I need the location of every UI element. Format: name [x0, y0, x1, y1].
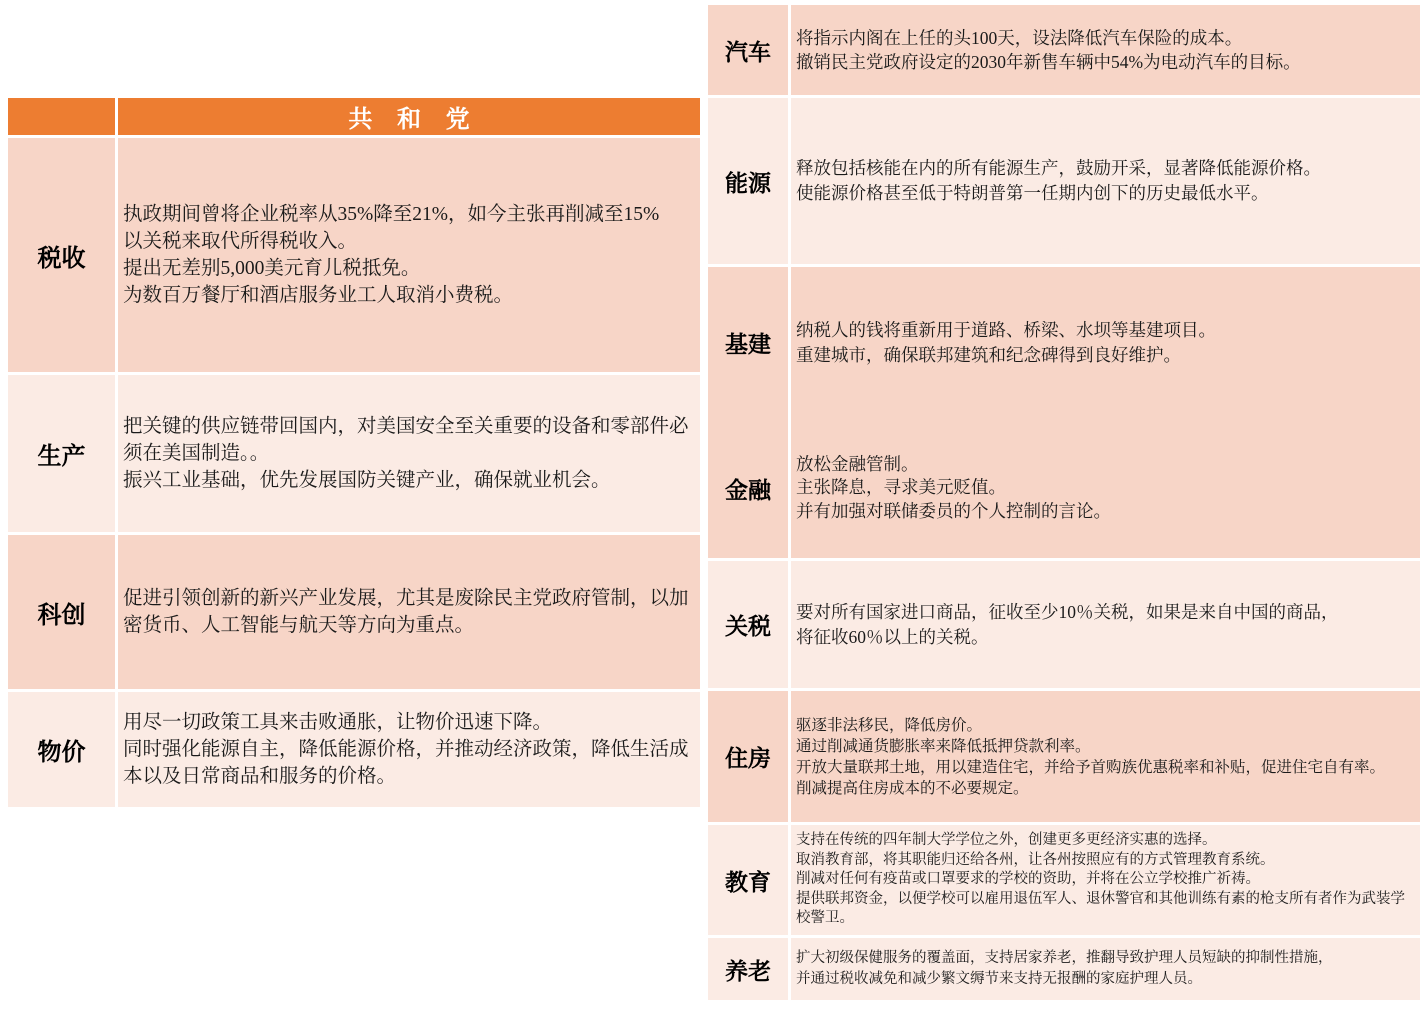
policy-text-line: 将征收60％以上的关税。	[796, 625, 1418, 650]
row-content: 执政期间曾将企业税率从35%降至21%，如今主张再削减至15%以关税来取代所得税…	[118, 138, 700, 372]
row-content: 把关键的供应链带回国内，对美国安全至关重要的设备和零部件必须在美国制造。。振兴工…	[118, 375, 700, 532]
policy-text-line: 开放大量联邦土地，用以建造住宅，并给予首购族优惠税率和补贴，促进住宅自有率。	[796, 757, 1418, 778]
republican-policy-comparison-page: 共 和 党 税收执政期间曾将企业税率从35%降至21%，如今主张再削减至15%以…	[0, 0, 1420, 1016]
policy-row: 生产把关键的供应链带回国内，对美国安全至关重要的设备和零部件必须在美国制造。。振…	[8, 375, 700, 532]
row-content: 要对所有国家进口商品，征收至少10％关税，如果是来自中国的商品，将征收60％以上…	[791, 561, 1420, 688]
row-content: 扩大初级保健服务的覆盖面，支持居家养老，推翻导致护理人员短缺的抑制性措施，并通过…	[791, 938, 1420, 1000]
row-label: 养老	[708, 938, 788, 1000]
policy-text-line: 为数百万餐厅和酒店服务业工人取消小费税。	[123, 282, 698, 309]
row-label: 基建	[708, 267, 788, 418]
policy-row: 汽车将指示内阁在上任的头100天，设法降低汽车保险的成本。撤销民主党政府设定的2…	[708, 5, 1420, 95]
policy-row: 养老扩大初级保健服务的覆盖面，支持居家养老，推翻导致护理人员短缺的抑制性措施，并…	[708, 938, 1420, 1000]
policy-text-line: 撤销民主党政府设定的2030年新售车辆中54%为电动汽车的目标。	[796, 50, 1418, 74]
left-table-body: 税收执政期间曾将企业税率从35%降至21%，如今主张再削减至15%以关税来取代所…	[8, 138, 700, 807]
policy-text-line: 削减提高住房成本的不必要规定。	[796, 778, 1418, 799]
policy-text-line: 提出无差别5,000美元育儿税抵免。	[123, 255, 698, 282]
policy-row: 科创促进引领创新的新兴产业发展，尤其是废除民主党政府管制，以加密货币、人工智能与…	[8, 535, 700, 689]
row-content: 释放包括核能在内的所有能源生产，鼓励开采，显著降低能源价格。使能源价格甚至低于特…	[791, 98, 1420, 264]
row-label: 汽车	[708, 5, 788, 95]
row-content: 支持在传统的四年制大学学位之外，创建更多更经济实惠的选择。取消教育部，将其职能归…	[791, 825, 1420, 935]
policy-row: 金融放松金融管制。主张降息，寻求美元贬值。并有加强对联储委员的个人控制的言论。	[708, 418, 1420, 558]
policy-row: 关税要对所有国家进口商品，征收至少10％关税，如果是来自中国的商品，将征收60％…	[708, 561, 1420, 688]
row-label: 教育	[708, 825, 788, 935]
policy-text-line: 促进引领创新的新兴产业发展，尤其是废除民主党政府管制，以加密货币、人工智能与航天…	[123, 585, 698, 639]
table-header-row: 共 和 党	[8, 98, 700, 135]
policy-text-line: 支持在传统的四年制大学学位之外，创建更多更经济实惠的选择。	[796, 831, 1418, 851]
row-label: 能源	[708, 98, 788, 264]
policy-row: 基建纳税人的钱将重新用于道路、桥梁、水坝等基建项目。重建城市，确保联邦建筑和纪念…	[708, 267, 1420, 418]
policy-text-line: 同时强化能源自主，降低能源价格，并推动经济政策，降低生活成本以及日常商品和服务的…	[123, 736, 698, 790]
policy-text-line: 削减对任何有疫苗或口罩要求的学校的资助，并将在公立学校推广祈祷。	[796, 870, 1418, 890]
row-label: 金融	[708, 418, 788, 558]
policy-row: 税收执政期间曾将企业税率从35%降至21%，如今主张再削减至15%以关税来取代所…	[8, 138, 700, 372]
policy-row: 能源释放包括核能在内的所有能源生产，鼓励开采，显著降低能源价格。使能源价格甚至低…	[708, 98, 1420, 264]
policy-text-line: 通过削减通货膨胀率来降低抵押贷款利率。	[796, 736, 1418, 757]
policy-text-line: 要对所有国家进口商品，征收至少10％关税，如果是来自中国的商品，	[796, 600, 1418, 625]
row-label: 生产	[8, 375, 115, 532]
policy-row: 物价用尽一切政策工具来击败通胀，让物价迅速下降。同时强化能源自主，降低能源价格，…	[8, 692, 700, 807]
row-label: 关税	[708, 561, 788, 688]
row-content: 放松金融管制。主张降息，寻求美元贬值。并有加强对联储委员的个人控制的言论。	[791, 418, 1420, 558]
policy-text-line: 释放包括核能在内的所有能源生产，鼓励开采，显著降低能源价格。	[796, 156, 1418, 181]
policy-text-line: 取消教育部，将其职能归还给各州，让各州按照应有的方式管理教育系统。	[796, 851, 1418, 871]
policy-text-line: 扩大初级保健服务的覆盖面，支持居家养老，推翻导致护理人员短缺的抑制性措施，	[796, 948, 1418, 969]
policy-text-line: 用尽一切政策工具来击败通胀，让物价迅速下降。	[123, 709, 698, 736]
row-content: 纳税人的钱将重新用于道路、桥梁、水坝等基建项目。重建城市，确保联邦建筑和纪念碑得…	[791, 267, 1420, 418]
policy-text-line: 使能源价格甚至低于特朗普第一任期内创下的历史最低水平。	[796, 181, 1418, 206]
row-content: 将指示内阁在上任的头100天，设法降低汽车保险的成本。撤销民主党政府设定的203…	[791, 5, 1420, 95]
republican-policy-table-right: 汽车将指示内阁在上任的头100天，设法降低汽车保险的成本。撤销民主党政府设定的2…	[708, 5, 1420, 1000]
row-label: 税收	[8, 138, 115, 372]
policy-text-line: 纳税人的钱将重新用于道路、桥梁、水坝等基建项目。	[796, 318, 1418, 343]
policy-text-line: 把关键的供应链带回国内，对美国安全至关重要的设备和零部件必须在美国制造。。	[123, 413, 698, 467]
policy-text-line: 将指示内阁在上任的头100天，设法降低汽车保险的成本。	[796, 26, 1418, 50]
party-title: 共 和 党	[118, 98, 700, 135]
row-content: 用尽一切政策工具来击败通胀，让物价迅速下降。同时强化能源自主，降低能源价格，并推…	[118, 692, 700, 807]
policy-text-line: 驱逐非法移民，降低房价。	[796, 715, 1418, 736]
row-label: 科创	[8, 535, 115, 689]
policy-text-line: 执政期间曾将企业税率从35%降至21%，如今主张再削减至15%	[123, 201, 698, 228]
header-corner-cell	[8, 98, 115, 135]
policy-text-line: 重建城市，确保联邦建筑和纪念碑得到良好维护。	[796, 343, 1418, 368]
policy-row: 住房驱逐非法移民，降低房价。通过削减通货膨胀率来降低抵押贷款利率。开放大量联邦土…	[708, 691, 1420, 822]
policy-text-line: 振兴工业基础，优先发展国防关键产业，确保就业机会。	[123, 467, 698, 494]
right-table-body: 汽车将指示内阁在上任的头100天，设法降低汽车保险的成本。撤销民主党政府设定的2…	[708, 5, 1420, 1000]
row-label: 住房	[708, 691, 788, 822]
policy-row: 教育支持在传统的四年制大学学位之外，创建更多更经济实惠的选择。取消教育部，将其职…	[708, 825, 1420, 935]
row-content: 驱逐非法移民，降低房价。通过削减通货膨胀率来降低抵押贷款利率。开放大量联邦土地，…	[791, 691, 1420, 822]
policy-text-line: 放松金融管制。	[796, 453, 1418, 477]
policy-text-line: 并通过税收减免和减少繁文缛节来支持无报酬的家庭护理人员。	[796, 969, 1418, 990]
policy-text-line: 以关税来取代所得税收入。	[123, 228, 698, 255]
policy-text-line: 主张降息，寻求美元贬值。	[796, 476, 1418, 500]
row-content: 促进引领创新的新兴产业发展，尤其是废除民主党政府管制，以加密货币、人工智能与航天…	[118, 535, 700, 689]
row-label: 物价	[8, 692, 115, 807]
republican-policy-table-left: 共 和 党 税收执政期间曾将企业税率从35%降至21%，如今主张再削减至15%以…	[8, 98, 700, 807]
policy-text-line: 并有加强对联储委员的个人控制的言论。	[796, 500, 1418, 524]
policy-text-line: 提供联邦资金，以便学校可以雇用退伍军人、退休警官和其他训练有素的枪支所有者作为武…	[796, 890, 1418, 929]
